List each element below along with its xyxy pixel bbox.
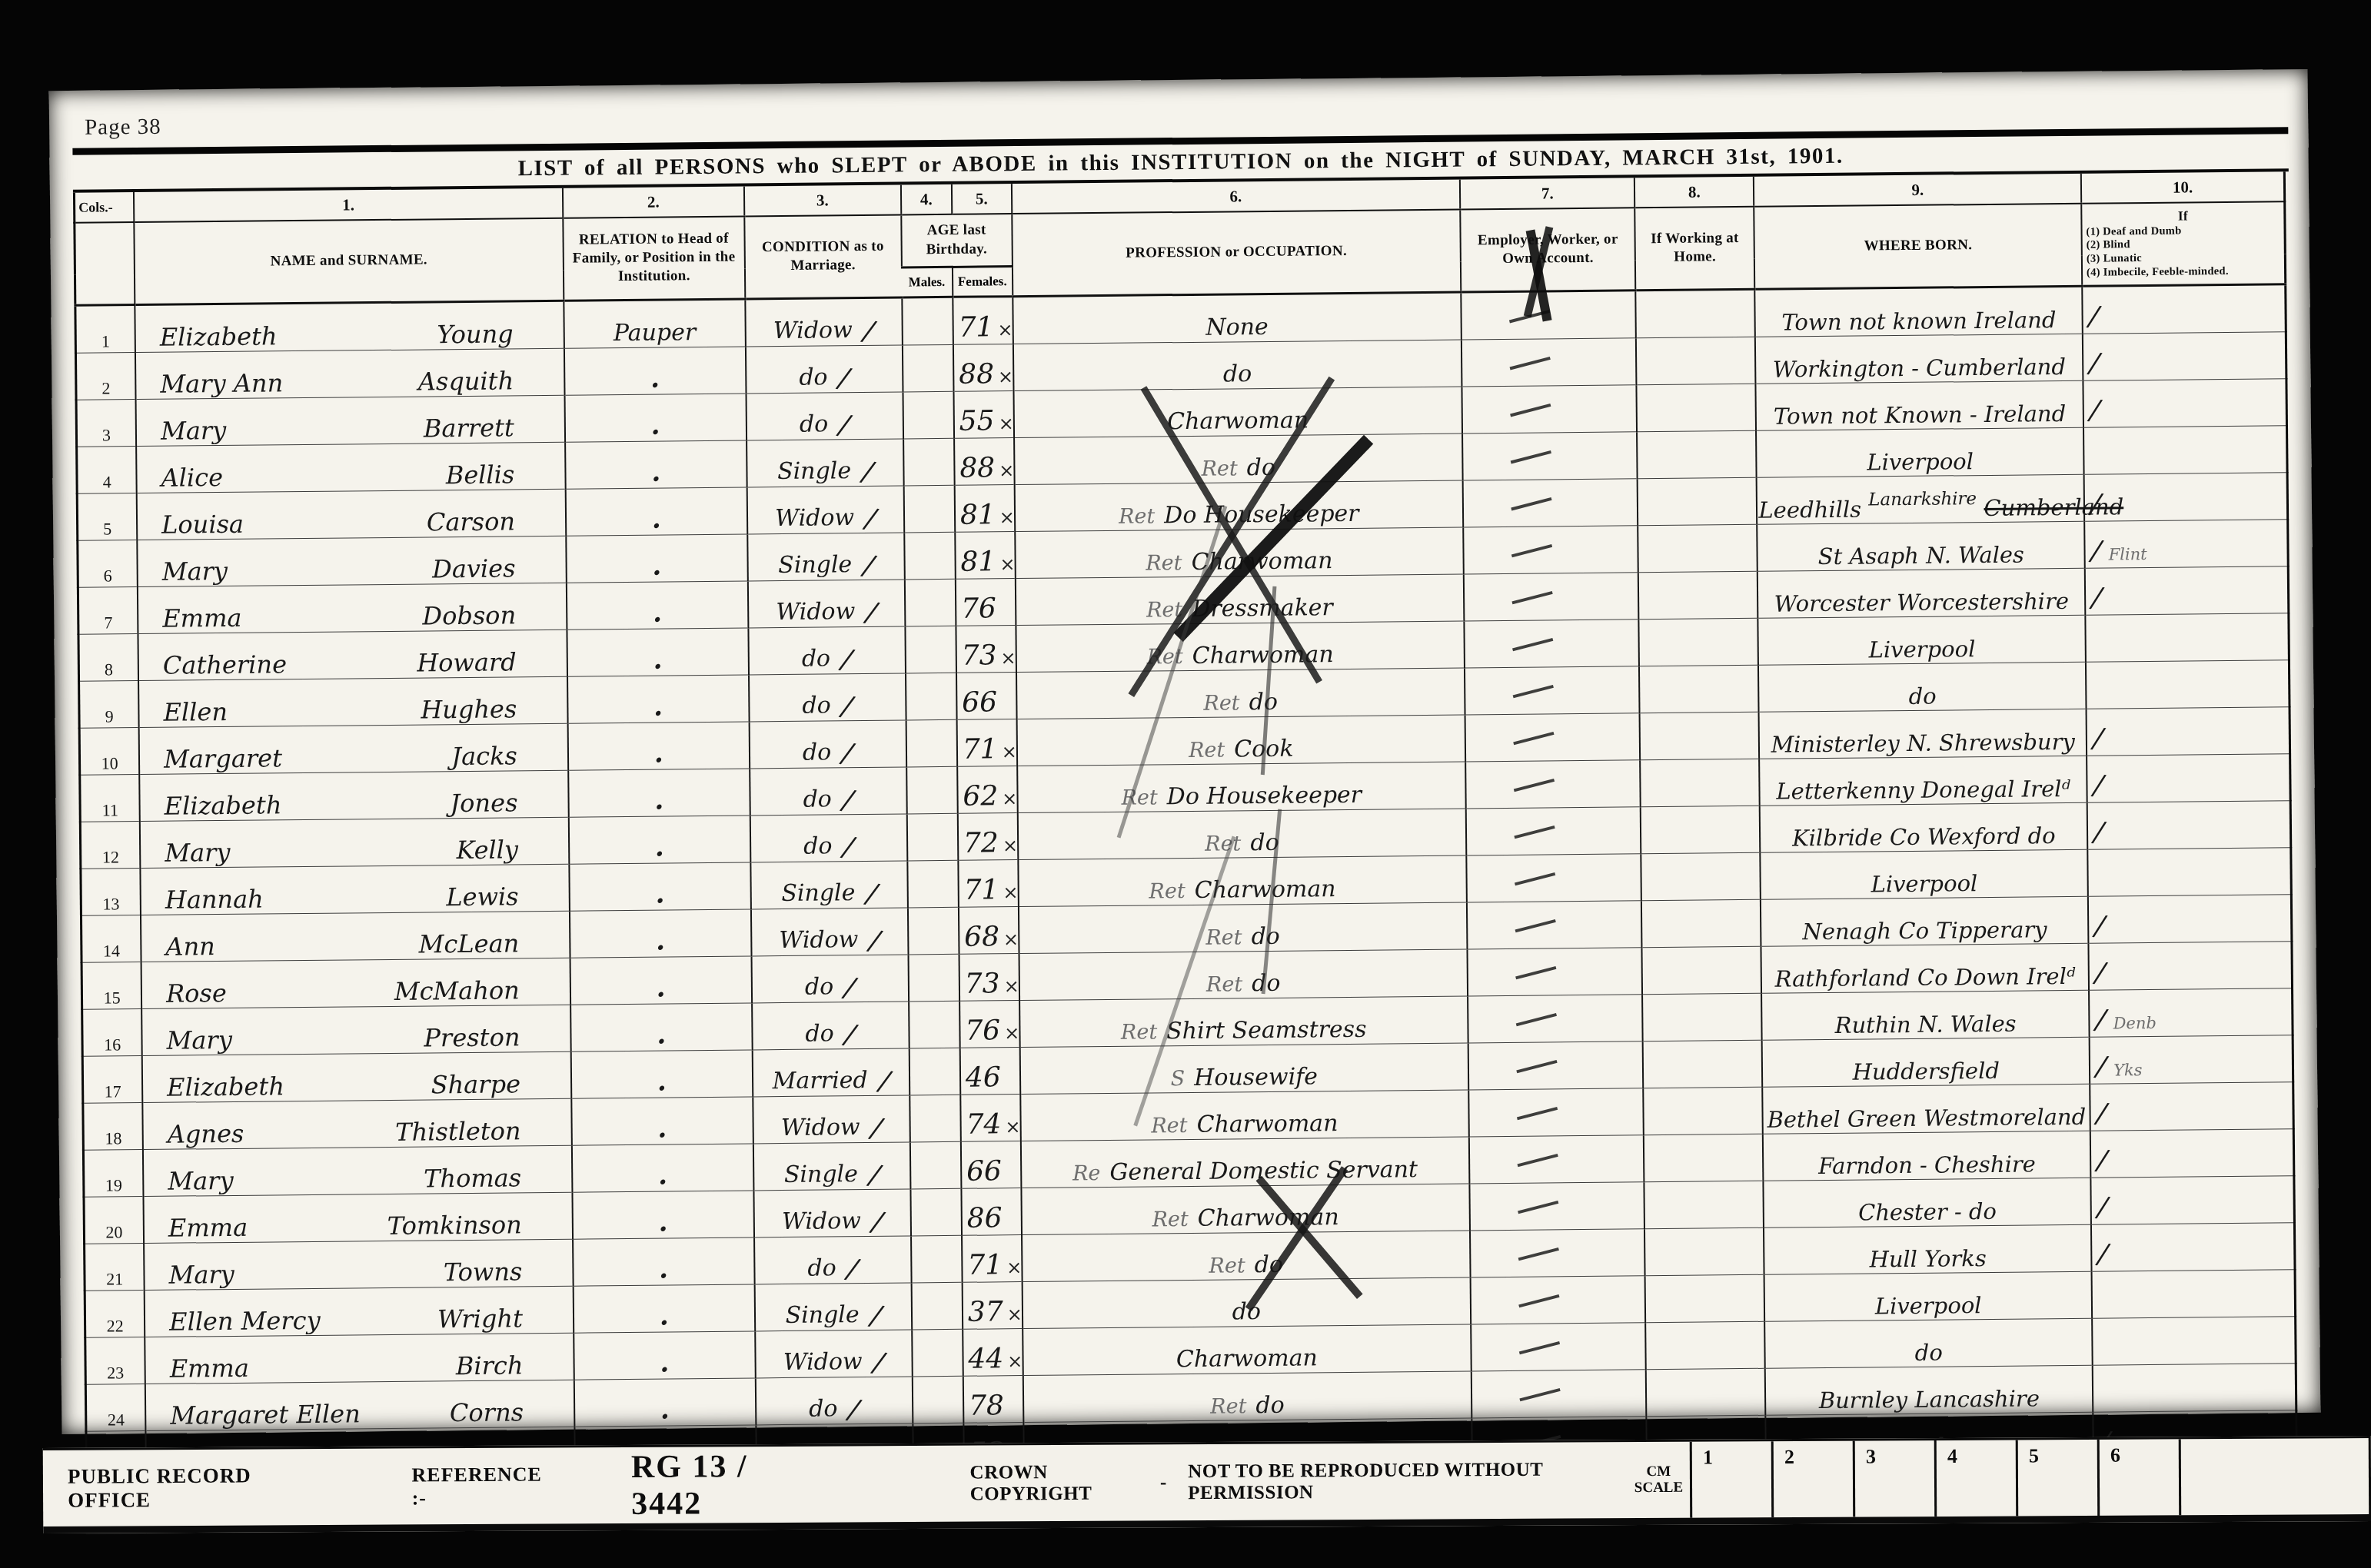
age-females-cell: 66: [956, 672, 1016, 719]
dash-stroke: [1516, 1060, 1557, 1073]
infirmity-cell: ∕: [2085, 566, 2289, 615]
employer-cell: [1461, 290, 1636, 339]
occupation-cell: RetCharwoman: [1015, 527, 1464, 579]
relation-cell: .: [570, 909, 751, 957]
name-cell: LouisaCarson: [137, 489, 566, 540]
age-females-cell: 71×: [956, 719, 1016, 766]
x-mark: ×: [1003, 882, 1018, 903]
age-males-cell: [913, 1376, 964, 1423]
pencil-annotation: Ret: [1206, 972, 1242, 996]
age-females-cell: 37×: [962, 1281, 1022, 1329]
where-born-cell: Ruthin N. Wales: [1762, 990, 2090, 1040]
slash-mark: ∕: [2089, 397, 2100, 424]
row-number: 9: [79, 680, 139, 728]
age-males-cell: [905, 626, 956, 673]
where-born-cell: Kilbride Co Wexford do: [1760, 802, 2087, 852]
name-cell: ElizabethSharpe: [142, 1051, 571, 1102]
age-females-cell: 81×: [955, 484, 1015, 532]
check-tick: ∕: [843, 975, 857, 1003]
employer-header: Employer, Worker, or Own Account.: [1460, 208, 1635, 291]
working-home-cell: [1644, 1227, 1764, 1275]
working-home-cell: [1641, 806, 1761, 853]
check-tick: ∕: [867, 1162, 881, 1190]
x-mark: ×: [1004, 1022, 1019, 1044]
where-born-cell: Liverpool: [1761, 849, 2088, 899]
x-mark: ×: [1007, 1350, 1023, 1372]
struck-text: Cumberland: [1984, 493, 2123, 521]
relation-cell: .: [566, 487, 747, 535]
name-cell: AnnMcLean: [141, 911, 570, 962]
relation-cell: .: [574, 1284, 755, 1332]
infirmity-cell: ∕: [2091, 1222, 2295, 1271]
occupation-cell: None: [1013, 292, 1462, 344]
check-tick: ∕: [837, 366, 851, 394]
cm-scale-ruler: 123456: [1690, 1438, 2371, 1518]
row-number: 10: [79, 727, 139, 775]
condition-cell: do∕: [750, 766, 907, 815]
relation-cell: .: [574, 1377, 756, 1426]
slash-mark: ∕: [2088, 304, 2100, 331]
row-number: 13: [81, 868, 141, 915]
column-number-10: 10.: [2081, 171, 2285, 204]
relation-cell: .: [572, 1190, 753, 1238]
dash-stroke: [1512, 638, 1553, 651]
age-females-cell: 86: [961, 1188, 1021, 1235]
infirmity-cell: [2086, 659, 2290, 709]
infirmity-cell: ∕: [2090, 1081, 2293, 1131]
employer-cell: [1468, 994, 1643, 1042]
employer-cell: [1471, 1322, 1646, 1370]
x-mark: ×: [1002, 788, 1017, 809]
relation-cell: .: [570, 955, 751, 1004]
age-header: AGE last Birthday.: [901, 214, 1012, 267]
age-females-cell: 62×: [957, 766, 1017, 813]
working-home-cell: [1643, 1040, 1763, 1088]
age-males-cell: [904, 532, 956, 580]
slash-mark: ∕: [2093, 819, 2104, 846]
working-home-cell: [1639, 665, 1759, 713]
where-born-cell: do: [1758, 662, 2086, 712]
working-home-cell: [1638, 477, 1757, 525]
check-tick: ∕: [869, 1303, 883, 1330]
condition-cell: Single∕: [747, 438, 904, 487]
row-number: 14: [81, 915, 141, 962]
dash-stroke: [1512, 591, 1553, 604]
relation-cell: .: [573, 1237, 754, 1285]
pencil-annotation: Ret: [1210, 1394, 1246, 1418]
dash-stroke: [1511, 450, 1551, 463]
where-born-cell: Letterkenny Donegal Irelᵈ: [1760, 756, 2087, 806]
employer-cell: [1468, 1041, 1644, 1089]
row-number: 21: [85, 1243, 145, 1291]
column-number-2: 2.: [563, 186, 744, 218]
infirmity-cell: ∕: [2090, 1128, 2294, 1178]
document-title: LIST of all PERSONS who SLEPT or ABODE i…: [517, 144, 1843, 181]
cols-header-cell: [75, 222, 135, 305]
check-tick: ∕: [872, 1350, 886, 1377]
infirmity-cell: ∕Denb: [2089, 988, 2293, 1037]
employer-cell: [1462, 431, 1638, 480]
x-mark: ×: [998, 413, 1013, 434]
pencil-annotation: Ret: [1146, 598, 1182, 622]
employer-cell: [1463, 525, 1638, 573]
row-number: 16: [82, 1008, 142, 1056]
relation-cell: .: [571, 1049, 753, 1098]
check-tick: ∕: [870, 1209, 884, 1237]
dash-stroke: [1511, 544, 1552, 557]
x-mark: ×: [1003, 835, 1018, 856]
working-home-cell: [1638, 571, 1758, 619]
occupation-cell: Retdo: [1017, 808, 1466, 859]
infirmity-cell: ∕: [2087, 800, 2291, 849]
x-mark: ×: [1006, 1257, 1022, 1278]
census-sheet: Page 38 LIST of all PERSONS who SLEPT or…: [49, 69, 2321, 1434]
condition-cell: Widow∕: [751, 907, 909, 955]
condition-cell: do∕: [754, 1235, 912, 1284]
dash-stroke: [1510, 404, 1551, 417]
row-number: 17: [82, 1055, 142, 1103]
dash-stroke: [1515, 872, 1555, 885]
working-home-cell: [1636, 337, 1756, 384]
pencil-annotation: Ret: [1205, 832, 1241, 855]
occupation-cell: Retdo: [1022, 1230, 1471, 1281]
name-cell: EmmaTomkinson: [144, 1192, 573, 1243]
relation-cell: .: [567, 674, 749, 723]
working-home-cell: [1642, 946, 1762, 994]
infirmity-title: If: [2086, 207, 2280, 225]
x-mark: ×: [999, 553, 1015, 575]
where-born-cell: do: [1765, 1318, 2093, 1368]
infirmity-cell: ∕Yks: [2090, 1035, 2293, 1084]
scale-tick-3: 3: [1853, 1440, 1935, 1517]
occupation-cell: Retdo: [1014, 434, 1463, 485]
scale-end-cell: [2179, 1438, 2371, 1515]
working-home-cell: [1639, 618, 1759, 666]
scale-tick-4: 4: [1934, 1440, 2017, 1517]
age-males-cell: [909, 1001, 960, 1048]
condition-cell: Single∕: [753, 1141, 910, 1190]
slash-mark: ∕: [2090, 491, 2101, 518]
relation-cell: .: [574, 1330, 755, 1379]
pencil-annotation: Ret: [1151, 1114, 1187, 1138]
slash-mark: ∕: [2096, 1101, 2107, 1128]
occupation-cell: RetCook: [1016, 714, 1465, 766]
x-mark: ×: [998, 366, 1013, 387]
check-tick: ∕: [864, 506, 878, 533]
infirmity-cell: ∕: [2088, 894, 2292, 943]
employer-cell: [1465, 666, 1640, 714]
name-cell: RoseMcMahon: [141, 958, 570, 1008]
age-males-cell: [910, 1141, 962, 1189]
row-number: 20: [84, 1196, 144, 1244]
pencil-annotation: Ret: [1203, 691, 1239, 715]
age-males-cell: [906, 766, 958, 814]
crown-copyright-label: CROWN COPYRIGHT: [969, 1461, 1139, 1505]
working-home-cell: [1644, 1181, 1764, 1228]
working-home-cell: [1643, 1087, 1763, 1134]
relation-cell: .: [568, 768, 750, 816]
check-tick: ∕: [841, 741, 855, 769]
condition-cell: Single∕: [747, 532, 905, 580]
condition-cell: do∕: [752, 1001, 909, 1049]
age-females-cell: 78: [963, 1375, 1023, 1423]
working-home-cell: [1637, 384, 1757, 431]
dash-stroke: [1518, 1247, 1559, 1261]
slash-mark: ∕: [2093, 772, 2104, 799]
name-cell: EmmaBirch: [145, 1333, 574, 1384]
employer-cell: [1468, 1088, 1644, 1136]
working-home-cell: [1642, 993, 1762, 1041]
working-home-cell: [1641, 899, 1761, 947]
x-mark: ×: [1007, 1304, 1023, 1325]
where-born-cell: Huddersfield: [1762, 1037, 2090, 1087]
check-tick: ∕: [877, 1068, 891, 1096]
condition-header: CONDITION as to Marriage.: [744, 215, 902, 299]
pro-reference-strip: PUBLIC RECORD OFFICE REFERENCE :- RG 13 …: [43, 1436, 2371, 1533]
pencil-annotation: Ret: [1119, 504, 1155, 528]
row-number: 24: [85, 1384, 145, 1431]
employer-cell: [1470, 1228, 1645, 1277]
employer-cell: [1471, 1369, 1647, 1417]
employer-cell: [1465, 759, 1641, 808]
where-born-cell: Liverpool: [1764, 1271, 2092, 1321]
age-females-cell: 73×: [956, 625, 1016, 673]
condition-cell: do∕: [750, 813, 907, 862]
where-born-cell: Worcester Worcestershire: [1757, 568, 2085, 618]
relation-cell: .: [567, 580, 748, 629]
pencil-annotation: Ret: [1201, 457, 1237, 480]
occupation-cell: RetCharwoman: [1018, 855, 1467, 906]
where-born-cell: Rathforland Co Down Irelᵈ: [1761, 943, 2089, 993]
dash-stroke: [1518, 1201, 1558, 1214]
name-header: NAME and SURNAME.: [134, 218, 564, 304]
inserted-text: Lanarkshire: [1868, 489, 1977, 510]
age-males-cell: [907, 860, 959, 908]
column-number-8: 8.: [1634, 177, 1754, 208]
row-number: 8: [78, 633, 138, 681]
relation-cell: .: [567, 627, 748, 676]
pencil-annotation: Ret: [1189, 738, 1225, 762]
name-cell: MargaretJacks: [139, 723, 568, 774]
age-females-cell: 71×: [962, 1234, 1022, 1282]
pencil-annotation: Ret: [1146, 551, 1182, 575]
condition-cell: Widow∕: [747, 579, 905, 627]
name-cell: EmmaDobson: [138, 583, 567, 633]
check-tick: ∕: [870, 1115, 883, 1143]
condition-cell: do∕: [746, 345, 903, 394]
name-cell: MaryBarrett: [136, 395, 565, 446]
slash-mark: ∕: [2094, 960, 2106, 987]
females-subheader: Females.: [953, 266, 1013, 297]
check-tick: ∕: [846, 1257, 860, 1284]
name-cell: EllenHughes: [138, 676, 567, 727]
relation-cell: .: [565, 440, 747, 488]
age-females-cell: 46: [960, 1047, 1020, 1095]
profession-header: PROFESSION or OCCUPATION.: [1012, 210, 1462, 297]
age-females-cell: 74×: [960, 1094, 1020, 1141]
check-tick: ∕: [840, 694, 854, 722]
check-tick: ∕: [862, 553, 876, 580]
cm-scale-label: CM SCALE: [1632, 1463, 1685, 1496]
infirmity-item-4: (4) Imbecile, Feeble-minded.: [2087, 264, 2280, 280]
slash-mark: ∕: [2095, 1007, 2107, 1034]
name-cell: ElizabethYoung: [135, 301, 564, 352]
working-home-cell: [1645, 1321, 1765, 1369]
condition-cell: Widow∕: [747, 485, 904, 533]
where-born-cell: Burnley Lancashire: [1765, 1365, 2093, 1415]
column-number-6: 6.: [1011, 180, 1460, 214]
column-number-7: 7.: [1460, 178, 1634, 209]
row-number: 5: [77, 493, 137, 540]
name-cell: Ellen MercyWright: [145, 1286, 574, 1337]
scale-tick-2: 2: [1771, 1441, 1854, 1518]
infirmity-cell: ∕: [2090, 1175, 2294, 1224]
occupation-cell: RetCharwoman: [1016, 621, 1465, 673]
name-cell: MaryDavies: [137, 536, 566, 586]
working-home-cell: [1640, 759, 1760, 806]
age-females-cell: 76: [956, 578, 1016, 626]
where-born-cell: Farndon - Cheshire: [1763, 1131, 2090, 1181]
check-tick: ∕: [868, 928, 882, 955]
column-number-3: 3.: [744, 185, 901, 217]
slash-mark: ∕: [2097, 1194, 2108, 1221]
age-females-cell: 71×: [958, 859, 1018, 907]
age-males-cell: [909, 1048, 960, 1095]
employer-cell: [1462, 384, 1638, 433]
working-home-cell: [1637, 430, 1757, 478]
dash-stroke: [1511, 497, 1551, 510]
pencil-note: Yks: [2113, 1061, 2143, 1079]
record-office-label: PUBLIC RECORD OFFICE: [68, 1463, 292, 1513]
infirmity-cell: ∕: [2082, 284, 2286, 334]
where-born-cell: Leedhills Lanarkshire Cumberland: [1757, 474, 2084, 524]
age-males-cell: [903, 485, 955, 533]
infirmity-cell: [2085, 613, 2289, 662]
x-mark: ×: [997, 319, 1013, 341]
employer-cell: [1469, 1134, 1644, 1183]
name-cell: CatherineHoward: [138, 630, 567, 680]
slash-mark: ∕: [2090, 538, 2102, 565]
where-born-cell: Bethel Green Westmoreland: [1763, 1084, 2090, 1134]
employer-cell: [1463, 478, 1638, 527]
name-cell: MaryTowns: [144, 1239, 573, 1290]
employer-cell: [1471, 1275, 1646, 1324]
row-number: 15: [81, 962, 141, 1009]
row-number: 3: [76, 399, 136, 447]
slash-mark: ∕: [2092, 726, 2103, 752]
dash-stroke: [1515, 919, 1556, 932]
dash-stroke: [1519, 1341, 1560, 1354]
name-cell: MaryThomas: [143, 1145, 572, 1196]
employer-cell: [1468, 947, 1643, 995]
age-males-cell: [911, 1235, 963, 1283]
copyright-separator: -: [1160, 1472, 1166, 1493]
condition-cell: Widow∕: [753, 1095, 910, 1143]
condition-cell: do∕: [746, 391, 903, 440]
dash-stroke: [1515, 966, 1556, 979]
condition-cell: Single∕: [750, 860, 908, 909]
working-home-header: If Working at Home.: [1634, 207, 1754, 290]
condition-cell: Married∕: [752, 1048, 909, 1096]
employer-cell: [1470, 1181, 1645, 1230]
working-home-cell: [1644, 1134, 1764, 1181]
x-mark: ×: [1003, 975, 1019, 997]
occupation-cell: RetShirt Seamstress: [1019, 995, 1468, 1047]
infirmity-cell: [2092, 1269, 2296, 1318]
age-males-cell: [902, 297, 953, 345]
cols-label: Cols.-: [74, 192, 134, 223]
relation-cell: .: [566, 533, 747, 582]
dash-stroke: [1516, 1013, 1557, 1026]
infirmity-cell: [2093, 1363, 2296, 1412]
pencil-annotation: Ret: [1149, 879, 1185, 903]
age-males-cell: [910, 1188, 962, 1236]
age-males-cell: [903, 438, 955, 486]
slash-mark: ∕: [2097, 1148, 2108, 1174]
row-number: 22: [85, 1290, 145, 1337]
row-number: 1: [75, 304, 135, 353]
row-number: 18: [83, 1102, 143, 1150]
age-males-cell: [906, 719, 957, 767]
working-home-cell: [1645, 1274, 1765, 1322]
pencil-annotation: Ret: [1209, 1254, 1245, 1277]
condition-cell: do∕: [755, 1376, 913, 1424]
age-females-cell: 55×: [953, 390, 1013, 438]
relation-cell: Pauper: [564, 298, 745, 347]
row-number: 11: [80, 774, 140, 822]
slash-mark: ∕: [2094, 913, 2106, 940]
where-born-cell: Chester - do: [1764, 1178, 2091, 1227]
occupation-cell: RetDo Housekeeper: [1017, 761, 1466, 812]
column-number-5: 5.: [952, 184, 1012, 214]
infirmity-cell: ∕: [2088, 941, 2292, 990]
row-number: 2: [75, 352, 135, 400]
occupation-cell: RetDo Housekeeper: [1014, 480, 1463, 532]
column-number-4: 4.: [901, 184, 952, 215]
age-females-cell: 71×: [953, 296, 1013, 344]
infirmity-cell: [2083, 425, 2287, 474]
infirmity-cell: ∕Flint: [2084, 519, 2288, 568]
employer-cell: [1467, 900, 1642, 948]
age-females-cell: 88×: [953, 344, 1013, 391]
working-home-cell: [1640, 712, 1760, 759]
check-tick: ∕: [861, 459, 875, 487]
occupation-cell: Charwoman: [1023, 1324, 1471, 1375]
pencil-annotation: S: [1171, 1067, 1185, 1091]
age-males-cell: [903, 391, 954, 439]
pencil-annotation: Ret: [1152, 1208, 1188, 1231]
column-number-1: 1.: [134, 188, 563, 222]
employer-cell: [1464, 619, 1639, 667]
check-tick: ∕: [847, 1397, 861, 1425]
relation-cell: .: [567, 721, 749, 769]
employer-cell: [1464, 572, 1639, 620]
row-number: 6: [78, 540, 138, 587]
column-number-9: 9.: [1754, 174, 2081, 207]
check-tick: ∕: [843, 1022, 857, 1050]
x-mark: ×: [1005, 1116, 1020, 1138]
relation-cell: .: [569, 815, 750, 863]
dash-stroke: [1510, 357, 1551, 370]
where-born-cell: Town not known Ireland: [1755, 286, 2083, 337]
check-tick: ∕: [840, 647, 854, 675]
age-males-cell: [908, 907, 959, 955]
condition-cell: do∕: [749, 673, 906, 721]
pencil-annotation: Re: [1072, 1161, 1101, 1185]
occupation-cell: ReGeneral Domestic Servant: [1020, 1136, 1469, 1188]
condition-cell: Widow∕: [755, 1329, 913, 1377]
infirmity-cell: ∕: [2083, 378, 2286, 427]
